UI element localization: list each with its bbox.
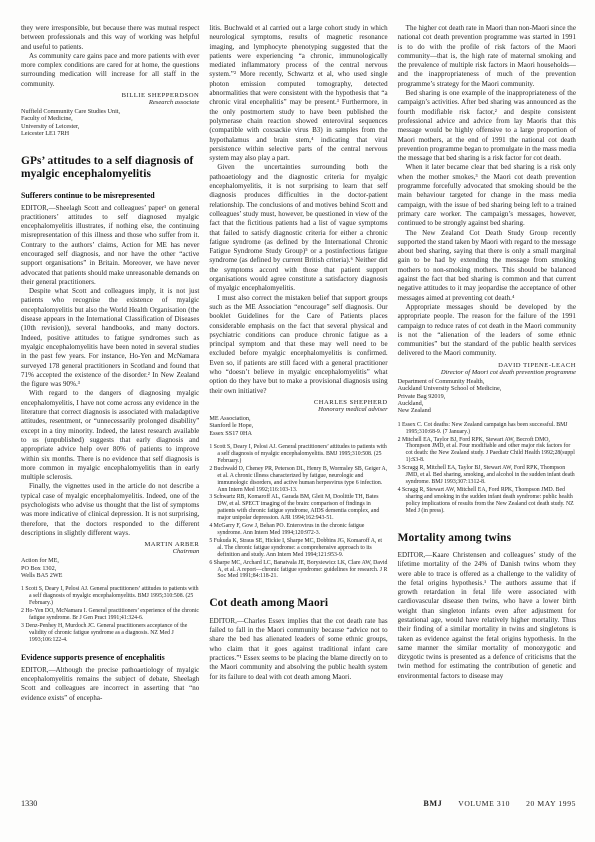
reference-item: 3 Denz-Penhey H, Murdoch JC. General pra… bbox=[21, 623, 199, 644]
reference-item: 6 Sharpe MC, Archard LC, Banatvala JE, B… bbox=[209, 560, 387, 581]
address-line: Auckland, bbox=[398, 400, 576, 407]
column-left: they were irresponsible, but because the… bbox=[21, 24, 199, 796]
address-line: New Zealand bbox=[398, 407, 576, 414]
letter-subheading: Sufferers continue to be misrepresented bbox=[21, 191, 199, 200]
address-line: Action for ME, bbox=[21, 557, 199, 564]
reference-item: 4 Scragg R, Stewart AW, Mitchell EA, For… bbox=[398, 487, 576, 515]
signature-block: CHARLES SHEPHERDHonorary medical adviser bbox=[209, 399, 387, 413]
address-line: PO Box 1302, bbox=[21, 565, 199, 572]
body-paragraph: Given the uncertainties surrounding both… bbox=[209, 163, 387, 293]
letters-columns: they were irresponsible, but because the… bbox=[21, 24, 576, 796]
reference-list: 1 Scott S, Deary I, Pelosi AJ. General p… bbox=[21, 586, 199, 643]
body-paragraph: The New Zealand Cot Death Study Group re… bbox=[398, 229, 576, 303]
signature-role: Chairman bbox=[21, 548, 199, 555]
body-paragraph: With regard to the dangers of diagnosing… bbox=[21, 389, 199, 482]
signature-name: BILLIE SHEPPERDSON bbox=[21, 92, 199, 99]
address-line: Auckland University School of Medicine, bbox=[398, 385, 576, 392]
body-paragraph: Bed sharing is one example of the inappr… bbox=[398, 89, 576, 163]
reference-item: 1 Scott S, Deary I, Pelosi AJ. General p… bbox=[209, 444, 387, 465]
journal-footer: BMJ VOLUME 310 20 MAY 1995 bbox=[409, 799, 576, 808]
reference-item: 1 Scott S, Deary I, Pelosi AJ. General p… bbox=[21, 586, 199, 607]
address-block: Action for ME,PO Box 1302,Wells BA5 2WE bbox=[21, 557, 199, 579]
page-number: 1330 bbox=[21, 799, 37, 808]
signature-role: Honorary medical adviser bbox=[209, 406, 387, 413]
body-paragraph: When it later became clear that bed shar… bbox=[398, 163, 576, 228]
reference-item: 4 McGarry F, Gow J, Behan PO. Enteroviru… bbox=[209, 523, 387, 537]
letter-subheading: Evidence supports presence of encephalit… bbox=[21, 653, 199, 662]
address-line: University of Leicester, bbox=[21, 123, 199, 130]
letter-heading: Mortality among twins bbox=[398, 532, 576, 545]
address-line: Private Bag 92019, bbox=[398, 393, 576, 400]
address-line: Nuffield Community Care Studies Unit, bbox=[21, 108, 199, 115]
signature-name: CHARLES SHEPHERD bbox=[209, 399, 387, 406]
address-line: Stanford le Hope, bbox=[209, 422, 387, 429]
body-paragraph: As community care gains pace and more pa… bbox=[21, 52, 199, 89]
body-paragraph: litis. Buchwald et al carried out a larg… bbox=[209, 24, 387, 163]
reference-item: 1 Essex C. Cot deaths: New Zealand campa… bbox=[398, 422, 576, 436]
address-line: Department of Community Health, bbox=[398, 378, 576, 385]
column-right: The higher cot death rate in Maori than … bbox=[398, 24, 576, 796]
body-paragraph: they were irresponsible, but because the… bbox=[21, 24, 199, 52]
address-line: Essex SS17 0HA bbox=[209, 430, 387, 437]
reference-item: 2 Mitchell EA, Taylor BJ, Ford RPK, Stew… bbox=[398, 437, 576, 465]
signature-name: DAVID TIPENE-LEACH bbox=[398, 362, 576, 369]
body-paragraph: EDITOR,—Sheelagh Scott and colleagues’ p… bbox=[21, 204, 199, 288]
signature-name: MARTIN ARBER bbox=[21, 541, 199, 548]
journal-page: they were irresponsible, but because the… bbox=[0, 0, 595, 842]
signature-block: BILLIE SHEPPERDSONResearch associate bbox=[21, 92, 199, 106]
column-middle: litis. Buchwald et al carried out a larg… bbox=[209, 24, 387, 796]
address-block: ME Association,Stanford le Hope,Essex SS… bbox=[209, 415, 387, 437]
address-line: ME Association, bbox=[209, 415, 387, 422]
reference-list: 1 Essex C. Cot deaths: New Zealand campa… bbox=[398, 422, 576, 515]
address-line: Leicester LE1 7RH bbox=[21, 130, 199, 137]
letter-heading: Cot death among Maori bbox=[209, 597, 387, 610]
journal-title: BMJ bbox=[423, 799, 442, 808]
journal-volume: VOLUME 310 bbox=[458, 799, 510, 808]
body-paragraph: The higher cot death rate in Maori than … bbox=[398, 24, 576, 89]
signature-role: Research associate bbox=[21, 99, 199, 106]
reference-item: 3 Schwartz RB, Komaroff AL, Garada BM, G… bbox=[209, 494, 387, 522]
body-paragraph: EDITOR,—Charles Essex implies that the c… bbox=[209, 617, 387, 682]
address-line: Faculty of Medicine, bbox=[21, 115, 199, 122]
reference-list: 1 Scott S, Deary I, Pelosi AJ. General p… bbox=[209, 444, 387, 580]
address-block: Department of Community Health,Auckland … bbox=[398, 378, 576, 415]
body-paragraph: EDITOR,—Although the precise pathoaetiol… bbox=[21, 666, 199, 703]
address-line: Wells BA5 2WE bbox=[21, 572, 199, 579]
body-paragraph: I must also correct the mistaken belief … bbox=[209, 294, 387, 396]
signature-block: DAVID TIPENE-LEACHDirector of Maori cot … bbox=[398, 362, 576, 376]
body-paragraph: EDITOR,—Kaare Christensen and colleagues… bbox=[398, 551, 576, 681]
signature-role: Director of Maori cot death prevention p… bbox=[398, 369, 576, 376]
body-paragraph: Finally, the vignettes used in the artic… bbox=[21, 482, 199, 538]
page-footer: 1330 BMJ VOLUME 310 20 MAY 1995 bbox=[21, 799, 576, 808]
letter-heading: GPs’ attitudes to a self diagnosis of my… bbox=[21, 155, 199, 182]
journal-date: 20 MAY 1995 bbox=[526, 799, 576, 808]
body-paragraph: Despite what Scott and colleagues imply,… bbox=[21, 287, 199, 389]
body-paragraph: Appropriate messages should be developed… bbox=[398, 303, 576, 359]
address-block: Nuffield Community Care Studies Unit,Fac… bbox=[21, 108, 199, 138]
signature-block: MARTIN ARBERChairman bbox=[21, 541, 199, 555]
reference-item: 5 Fukuda K, Straus SE, Hickie I, Sharpe … bbox=[209, 538, 387, 559]
reference-item: 2 Buchwald D, Cheney PR, Peterson DL, He… bbox=[209, 466, 387, 494]
reference-item: 2 Ho-Yen DO, McNamara I. General practit… bbox=[21, 608, 199, 622]
reference-item: 3 Scragg R, Mitchell EA, Taylor BJ, Stew… bbox=[398, 465, 576, 486]
